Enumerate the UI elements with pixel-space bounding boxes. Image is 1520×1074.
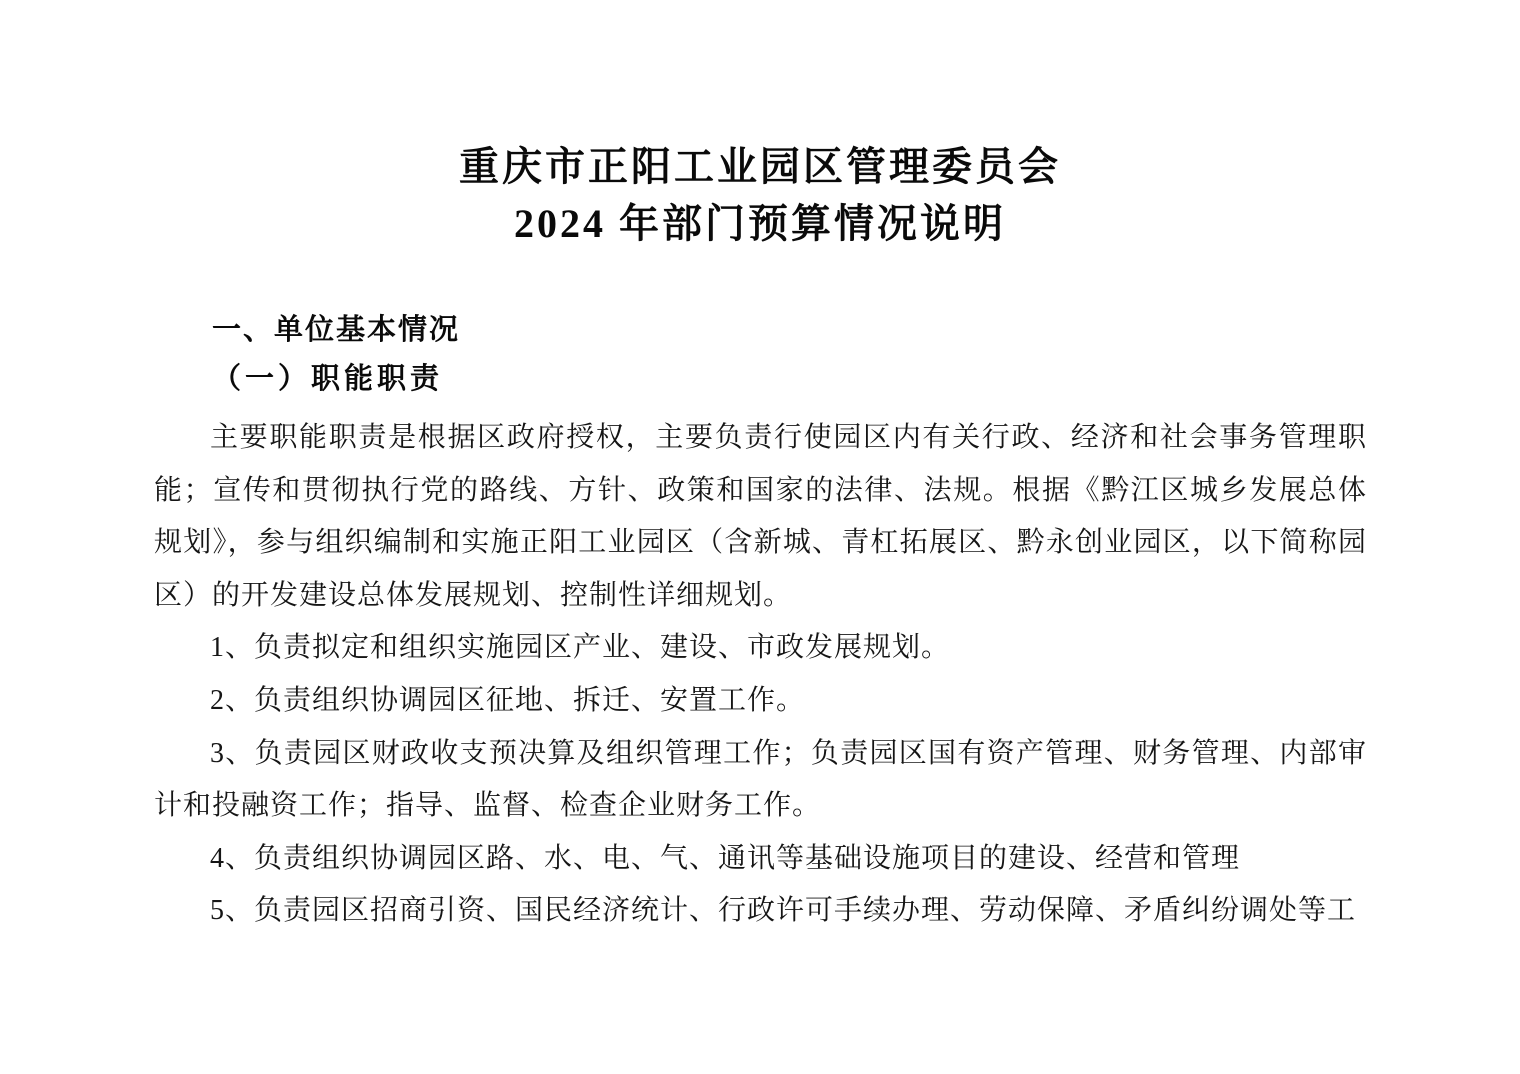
document-title-line-2: 2024 年部门预算情况说明 — [0, 195, 1520, 252]
list-item-2: 2、负责组织协调园区征地、拆迁、安置工作。 — [154, 675, 1367, 728]
list-item-5: 5、负责园区招商引资、国民经济统计、行政许可手续办理、劳动保障、矛盾纠纷调处等工 — [154, 885, 1367, 938]
document-body: 主要职能职责是根据区政府授权，主要负责行使园区内有关行政、经济和社会事务管理职能… — [154, 412, 1367, 938]
document-title: 重庆市正阳工业园区管理委员会 2024 年部门预算情况说明 — [0, 138, 1520, 252]
list-item-1: 1、负责拟定和组织实施园区产业、建设、市政发展规划。 — [154, 622, 1367, 675]
document-page: 重庆市正阳工业园区管理委员会 2024 年部门预算情况说明 一、单位基本情况 （… — [0, 0, 1520, 1074]
list-item-4: 4、负责组织协调园区路、水、电、气、通讯等基础设施项目的建设、经营和管理 — [154, 833, 1367, 886]
document-title-line-1: 重庆市正阳工业园区管理委员会 — [0, 138, 1520, 195]
list-item-3: 3、负责园区财政收支预决算及组织管理工作；负责园区国有资产管理、财务管理、内部审… — [154, 728, 1367, 833]
paragraph-intro: 主要职能职责是根据区政府授权，主要负责行使园区内有关行政、经济和社会事务管理职能… — [154, 412, 1367, 622]
section-heading-basic-info: 一、单位基本情况 — [212, 311, 460, 349]
subsection-heading-duties: （一）职能职责 — [212, 358, 443, 400]
